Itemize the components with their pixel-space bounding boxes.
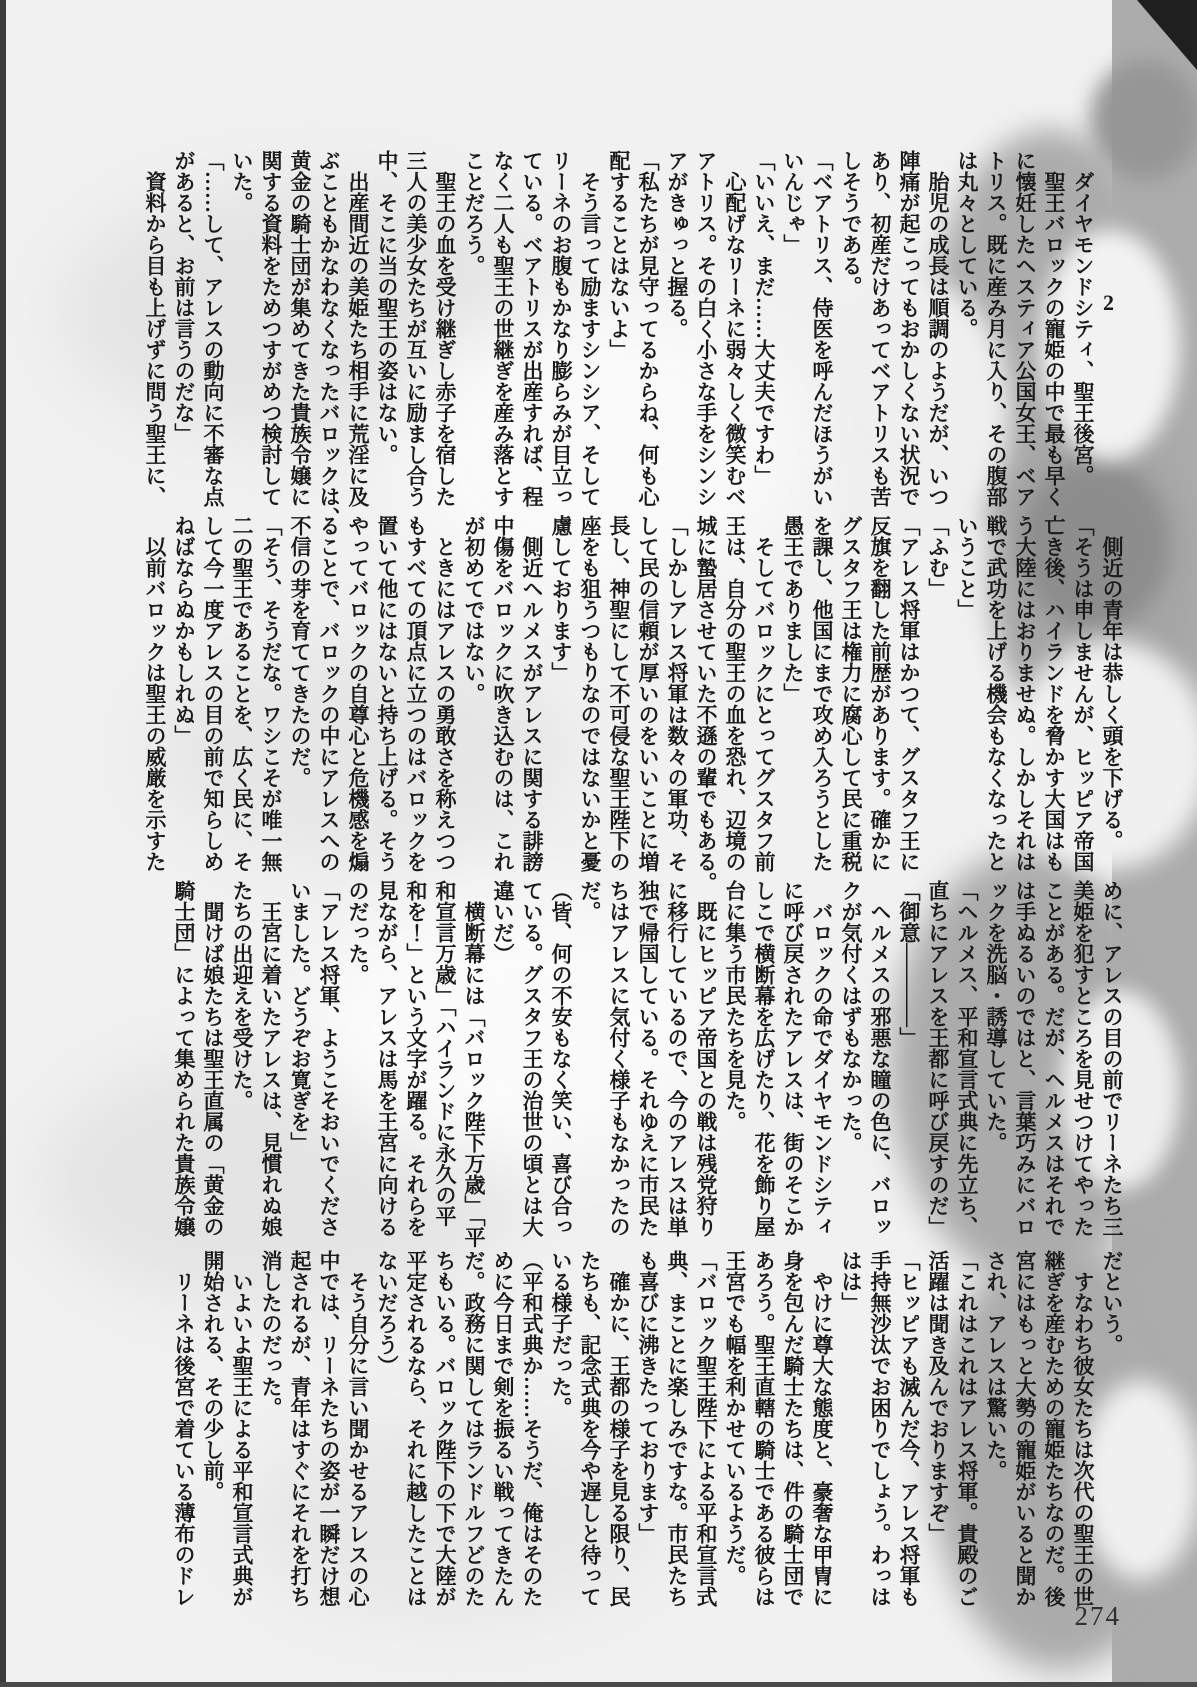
text-column: アトリス。その白く小さな手をシンシ — [691, 150, 720, 490]
text-column: 長し、神聖にして不可侵な聖王陛下の — [604, 515, 633, 855]
text-column: 独で帰国している。それゆえに市民た — [633, 880, 662, 1225]
text-column: もすべての頂点に立つのはバロックを — [401, 515, 430, 855]
text-column: 開始される、その少し前。 — [198, 1250, 227, 1620]
text-column: 「ふむ」 — [923, 515, 952, 855]
text-column: 「アレス将軍、ようこそおいでくださ — [314, 880, 343, 1225]
text-column: しそうである。 — [836, 150, 865, 490]
text-column: 手持無沙汰でお困りでしょう。わっは — [865, 1250, 894, 1620]
novel-page: 2 ダイヤモンドシティ、聖王後宮。 聖王バロックの寵姫の中で最も早くに懐妊したヘ… — [0, 0, 1197, 1687]
text-column: 「これはこれはアレス将軍。貴殿のご — [952, 1250, 981, 1620]
text-column: そう自分に言い聞かせるアレスの心 — [343, 1250, 372, 1620]
text-column: も喜びに沸きたっております」 — [633, 1250, 662, 1620]
text-column: やけに尊大な態度と、豪奢な甲冑に — [807, 1250, 836, 1620]
text-column: 活躍は聞き及んでおりますぞ」 — [923, 1250, 952, 1620]
text-column: う大陸にはおりませぬ。しかしそれは — [1010, 515, 1039, 855]
text-column: いうこと」 — [952, 515, 981, 855]
text-column: ちはアレスに気付く様子もなかったの — [604, 880, 633, 1225]
text-column: 美姫を犯すところを見せつけてやった — [1068, 880, 1097, 1225]
text-column: 側近ヘルメスがアレスに関する誹謗 — [517, 515, 546, 855]
text-column: ことだろう。 — [459, 150, 488, 490]
text-column: いました。どうぞお寛ぎを」 — [285, 880, 314, 1225]
text-band-2: 側近の青年は恭しく頭を下げる。「そうは申しませんが、ヒッピア帝国亡き後、ハイラン… — [140, 515, 1126, 855]
corner-fold-dark — [1137, 0, 1197, 70]
text-column: 「ヒッピアも滅んだ今、アレス将軍も — [894, 1250, 923, 1620]
text-column: 置いて他にはないと持ち上げる。そう — [372, 515, 401, 855]
text-column: あろう。聖王直轄の騎士である彼らは — [749, 1250, 778, 1620]
text-column: に移行しているので、今のアレスは単 — [662, 880, 691, 1225]
text-column: が初めてではない。 — [459, 515, 488, 855]
text-column: 宮にはもっと大勢の寵姫がいると聞か — [1010, 1250, 1039, 1620]
text-column: 「アレス将軍はかつて、グスタフ王に — [894, 515, 923, 855]
text-column: 中、そこに当の聖王の姿はない。 — [372, 150, 401, 490]
text-column: 身を包んだ騎士たちは、件の騎士団で — [778, 1250, 807, 1620]
text-column: 典、まことに楽しみですな。市民たち — [662, 1250, 691, 1620]
text-column: めに、アレスの目の前でリーネたち三 — [1097, 880, 1126, 1225]
text-column: （皆、何の不安もなく笑い、喜び合っ — [546, 880, 575, 1225]
text-column: ときにはアレスの勇敢さを称えつつ — [430, 515, 459, 855]
text-column: 横断幕には「バロック陛下万歳」「平 — [459, 880, 488, 1225]
text-column: バロックの命でダイヤモンドシティ — [807, 880, 836, 1225]
text-column: 聖王の血を受け継ぎし赤子を宿した — [430, 150, 459, 490]
text-column: 既にヒッピア帝国との戦は残党狩り — [691, 880, 720, 1225]
text-column: 側近の青年は恭しく頭を下げる。 — [1097, 515, 1126, 855]
text-column: 「そうは申しませんが、ヒッピア帝国 — [1068, 515, 1097, 855]
text-column: あり、初産だけあってベアトリスも苦 — [865, 150, 894, 490]
text-column: 以前バロックは聖王の威厳を示すた — [140, 515, 169, 855]
text-column: 胎児の成長は順調のようだが、いつ — [923, 150, 952, 490]
text-column: 「御意――――」 — [894, 880, 923, 1225]
text-column: 王宮でも幅を利かせているようだ。 — [720, 1250, 749, 1620]
text-column: 「バロック聖王陛下による平和宣言式 — [691, 1250, 720, 1620]
text-column: いよいよ聖王による平和宣言式典が — [227, 1250, 256, 1620]
text-column: ダイヤモンドシティ、聖王後宮。 — [1068, 150, 1097, 490]
text-column: ヘルメスの邪悪な瞳の色に、バロッ — [865, 880, 894, 1225]
page-number: 274 — [1075, 1601, 1122, 1632]
text-column: しこで横断幕を広げたり、花を飾り屋 — [749, 880, 778, 1225]
text-column: 聖王バロックの寵姫の中で最も早く — [1039, 150, 1068, 490]
text-column: そう言って励ますシンシア、そして — [575, 150, 604, 490]
text-column: 中傷をバロックに吹き込むのは、これ — [488, 515, 517, 855]
text-column: 騎士団」によって集められた貴族令嬢 — [169, 880, 198, 1225]
text-column: 王宮に着いたアレスは、見慣れぬ娘 — [256, 880, 285, 1225]
text-column: 三人の美少女たちが互いに励まし合う — [401, 150, 430, 490]
text-column: 台に集う市民たちを見た。 — [720, 880, 749, 1225]
text-column: はは」 — [836, 1250, 865, 1620]
text-band-1: ダイヤモンドシティ、聖王後宮。 聖王バロックの寵姫の中で最も早くに懐妊したヘステ… — [140, 150, 1097, 490]
bottom-edge-shadow — [0, 1682, 1197, 1687]
text-column: ちもいる。バロック陛下の下で大陸が — [430, 1250, 459, 1620]
text-band-3: めに、アレスの目の前でリーネたち三美姫を犯すところを見せつけてやったことがある。… — [169, 880, 1126, 1225]
text-column: に呼び戻されたアレスは、街のそこか — [778, 880, 807, 1225]
text-column: 和を！」という文字が躍る。それらを — [401, 880, 430, 1225]
text-column: ックを洗脳・誘導していた。 — [981, 880, 1010, 1225]
text-column: やってバロックの自尊心と危機感を煽 — [343, 515, 372, 855]
text-column: ことがある。だが、ヘルメスはそれで — [1039, 880, 1068, 1225]
text-column: 城に蟄居させていた不遜の輩でもある。 — [691, 515, 720, 855]
text-column: があると、お前は言うのだな」 — [169, 150, 198, 490]
text-column: リーネのお腹もかなり膨らみが目立っ — [546, 150, 575, 490]
text-column: ぶこともかなわなくなったバロックは、 — [314, 150, 343, 490]
text-column: 戦で武功を上げる機会もなくなったと — [981, 515, 1010, 855]
text-column: 中では、リーネたちの姿が一瞬だけ想 — [314, 1250, 343, 1620]
text-column: ねばならぬかもしれぬ」 — [169, 515, 198, 855]
text-column: ないだろう） — [372, 1250, 401, 1620]
text-column: めに今日まで剣を振るい戦ってきたん — [488, 1250, 517, 1620]
text-column: 「ベアトリス、侍医を呼んだほうがい — [807, 150, 836, 490]
text-column: リーネは後宮で着ている薄布のドレ — [169, 1250, 198, 1620]
text-column: 資料から目も上げずに問う聖王に、 — [140, 150, 169, 490]
text-column: すなわち彼女たちは次代の聖王の世 — [1068, 1250, 1097, 1620]
text-column: 起されるが、青年はすぐにそれを打ち — [285, 1250, 314, 1620]
text-column: 「私たちが見守ってるからね、何も心 — [633, 150, 662, 490]
text-column: 「しかしアレス将軍は数々の軍功、そ — [662, 515, 691, 855]
text-column: は手ぬるいのではと、言葉巧みにバロ — [1010, 880, 1039, 1225]
text-column: のだった。 — [343, 880, 372, 1225]
text-column: 黄金の騎士団が集めてきた貴族令嬢に — [285, 150, 314, 490]
text-column: 「ヘルメス、平和宣言式典に先立ち、 — [952, 880, 981, 1225]
text-column: 平定されるなら、それに越したことは — [401, 1250, 430, 1620]
text-column: 陣痛が起こってもおかしくない状況で — [894, 150, 923, 490]
text-column: たちの出迎えを受けた。 — [227, 880, 256, 1225]
text-column: いる様子だった。 — [546, 1250, 575, 1620]
text-column: たちも、記念式典を今や遅しと待って — [575, 1250, 604, 1620]
text-band-4: だという。 すなわち彼女たちは次代の聖王の世継ぎを産むための寵姫たちなのだ。後宮… — [169, 1250, 1126, 1620]
section-number: 2 — [1095, 290, 1121, 315]
text-column: だ。政務に関してはランドルフどのた — [459, 1250, 488, 1620]
text-column: 聞けば娘たちは聖王直属の「黄金の — [198, 880, 227, 1225]
text-column: （平和式典か……そうだ、俺はそのた — [517, 1250, 546, 1620]
text-column: 継ぎを産むための寵姫たちなのだ。後 — [1039, 1250, 1068, 1620]
text-column: 「……して、アレスの動向に不審な点 — [198, 150, 227, 490]
text-column: 王は、自分の聖王の血を恐れ、辺境の — [720, 515, 749, 855]
text-column: だという。 — [1097, 1250, 1126, 1620]
text-column: 関する資料をためつすがめつ検討して — [256, 150, 285, 490]
text-column: され、アレスは驚いた。 — [981, 1250, 1010, 1620]
text-column: 見ながら、アレスは馬を王宮に向ける — [372, 880, 401, 1225]
text-column: 座をも狙うつもりなのではないかと憂 — [575, 515, 604, 855]
text-column: ている。ベアトリスが出産すれば、程 — [517, 150, 546, 490]
text-column: トリス。既に産み月に入り、その腹部 — [981, 150, 1010, 490]
text-column: ることで、バロックの中にアレスへの — [314, 515, 343, 855]
text-column: は丸々としている。 — [952, 150, 981, 490]
text-column: 二の聖王であることを、広く民に、そ — [227, 515, 256, 855]
text-column: そしてバロックにとってグスタフ前 — [749, 515, 778, 855]
text-column: 確かに、王都の様子を見る限り、民 — [604, 1250, 633, 1620]
text-column: 心配げなリーネに弱々しく微笑むベ — [720, 150, 749, 490]
text-column: して今一度アレスの目の前で知らしめ — [198, 515, 227, 855]
text-column: を課し、他国にまで攻め入ろうとした — [807, 515, 836, 855]
text-column: 出産間近の美姫たち相手に荒淫に及 — [343, 150, 372, 490]
text-column: いんじゃ」 — [778, 150, 807, 490]
text-column: 亡き後、ハイランドを脅かす大国はも — [1039, 515, 1068, 855]
text-column: 慮しております」 — [546, 515, 575, 855]
text-column: 「いいえ、まだ……大丈夫ですわ」 — [749, 150, 778, 490]
left-edge-shadow — [0, 0, 6, 1687]
text-column: 消したのだった。 — [256, 1250, 285, 1620]
text-column: アがきゅっと握る。 — [662, 150, 691, 490]
text-column: ている。グスタフ王の治世の頃とは大 — [517, 880, 546, 1225]
text-column: に懐妊したヘスティア公国女王、ベア — [1010, 150, 1039, 490]
text-column: 「そう、そうだな。ワシこそが唯一無 — [256, 515, 285, 855]
text-column: なく二人も聖王の世継ぎを産み落とす — [488, 150, 517, 490]
text-column: いた。 — [227, 150, 256, 490]
text-column: 違いだ） — [488, 880, 517, 1225]
text-column: クが気付くはずもなかった。 — [836, 880, 865, 1225]
text-column: 反旗を翻した前歴があります。確かに — [865, 515, 894, 855]
text-column: グスタフ王は権力に腐心して民に重税 — [836, 515, 865, 855]
dark-blotch — [1090, 60, 1197, 180]
text-column: 愚王でありました」 — [778, 515, 807, 855]
text-column: 直ちにアレスを王都に呼び戻すのだ」 — [923, 880, 952, 1225]
text-column: 不信の芽を育ててきたのだ。 — [285, 515, 314, 855]
text-column: して民の信頼が厚いのをいいことに増 — [633, 515, 662, 855]
text-column: 配することはないよ」 — [604, 150, 633, 490]
text-column: 和宣言万歳」「ハイランドに永久の平 — [430, 880, 459, 1225]
text-column: だ。 — [575, 880, 604, 1225]
